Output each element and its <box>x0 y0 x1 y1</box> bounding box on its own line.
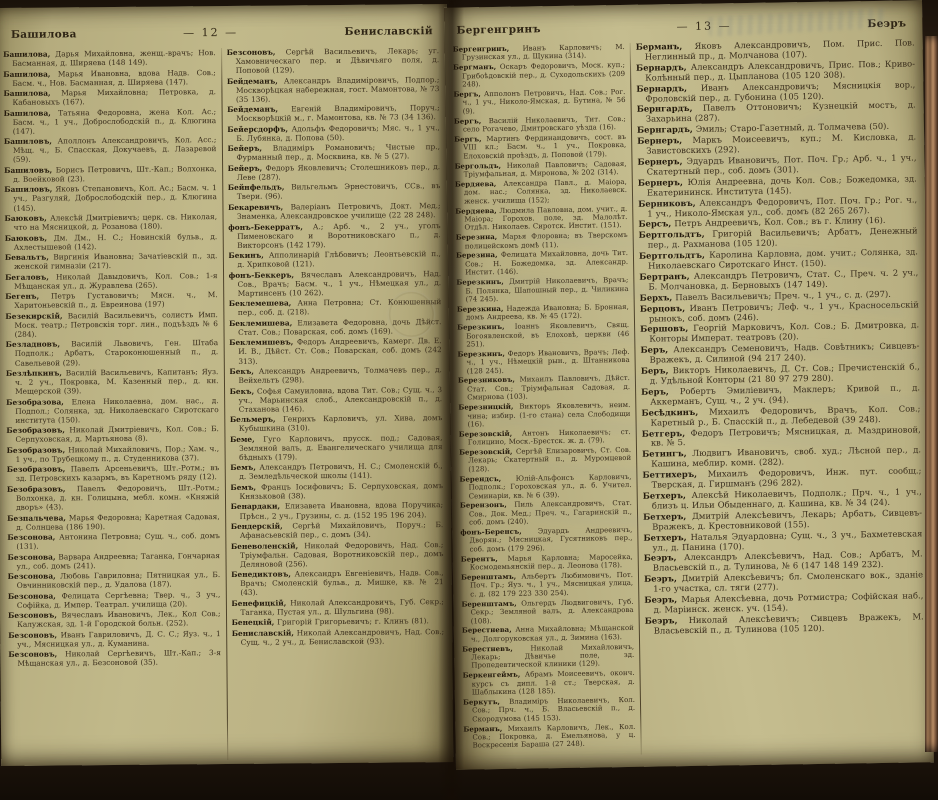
directory-entry: Безсоновъ, Николай Сергѣевичъ, Шт.-Кап.;… <box>8 648 221 668</box>
entry-surname: Безобразовъ, <box>7 445 66 455</box>
directory-entry: Бенецкій, Григорій Григорьевичъ; г. Клин… <box>232 616 445 627</box>
entry-surname: Березовскій, <box>459 429 513 439</box>
directory-entry: Березовскій, Сергѣй Елизаровичъ, Ст. Сов… <box>459 446 631 474</box>
directory-entry: Башилова, Татьяна Федоровна, жена Кол. А… <box>4 107 217 136</box>
entry-surname: Беръ, <box>640 345 668 355</box>
entry-surname: Башилова, <box>3 50 50 59</box>
entry-surname: Беме, <box>230 434 255 443</box>
directory-entry: Бергъ, Мартинъ Фердинандовичъ, сост. въ … <box>454 133 626 161</box>
entry-surname: Бейеръ, <box>228 164 263 173</box>
directory-entry: Березина, Марья Флоровна; въ Тверскомъ п… <box>456 231 628 250</box>
entry-surname: фонъ-Беренсъ, <box>460 527 521 537</box>
entry-surname: Березкинъ, <box>457 349 505 359</box>
directory-entry: Безсонова, Фелицата Сергѣевна; Твер. ч.,… <box>8 590 221 610</box>
directory-entry: Бекъ, Софья Самуиловна, вдова Тит. Сов.;… <box>230 385 443 414</box>
directory-entry: Бейдеманъ, Евгеній Владиміровичъ, Поруч.… <box>227 103 440 123</box>
entry-surname: Бейеръ, <box>227 144 262 153</box>
entry-surname: Безсоновъ, <box>8 650 57 659</box>
directory-entry: Бейеръ, Владиміръ Романовичъ; Чистые пр.… <box>227 142 440 162</box>
entry-surname: Бердяева, <box>455 206 497 216</box>
entry-surname: Безсонова, <box>8 591 56 600</box>
page-number: — 12 — <box>183 26 238 39</box>
directory-entry: Бейеръ, Федоръ Яковлевичъ; Столешниковъ … <box>228 162 441 182</box>
directory-entry: Бекъ, Александръ Андреевичъ, Толмачевъ п… <box>229 365 442 385</box>
entry-surname: Березниковъ, <box>458 375 515 385</box>
entry-surname: Берестнева, <box>462 625 512 635</box>
directory-entry: Бердяева, Александра Павл., д. Маіора, д… <box>455 178 627 206</box>
entry-surname: Башиловъ, <box>4 185 52 194</box>
left-page: Башилова — 12 — Бениславскій Башилова, Д… <box>0 4 453 766</box>
entry-surname: Бертгольдтъ, <box>639 229 705 240</box>
directory-entry: Бельмеръ, Генрихъ Карловичъ, ул. Хива, д… <box>230 413 443 433</box>
guide-word-right: Бениславскій <box>344 25 432 38</box>
entry-surname: Беръ, <box>641 386 669 396</box>
directory-entry: Бенедиктовъ, Александръ Евгеніевичъ, Над… <box>231 568 444 597</box>
directory-entry: Безлѣпкинъ, Василій Васильевичъ, Капитан… <box>6 367 219 396</box>
directory-entry: Берманъ, Михаилъ Карловичъ, Лек., Кол. С… <box>463 723 635 751</box>
directory-entry: Бергманъ, Оскаръ Федоровичъ, Моск. куп.;… <box>453 61 625 89</box>
entry-surname: Берестневъ, <box>462 643 513 653</box>
entry-surname: Березкинъ, <box>456 277 504 287</box>
directory-entry: Бемъ, Александръ Петровичъ, Н. С.; Смоле… <box>230 461 443 481</box>
directory-entry: Безобразова, Елена Николаевна, дом. нас.… <box>6 396 219 425</box>
right-page-columns: Бергенгринъ, Иванъ Карловичъ; М. Грузинс… <box>445 29 934 757</box>
entry-surname: Березина, <box>456 232 498 242</box>
directory-entry: Березкинъ, Дмитрій Николаевичъ, Врачъ; Б… <box>456 276 628 304</box>
directory-entry: Башилова, Марья Ивановна, вдова Надв. Со… <box>3 68 216 88</box>
entry-surname: Безсонова, <box>7 552 55 561</box>
directory-entry: Березкина, Надежда Ивановна; Б. Бронная,… <box>457 303 629 322</box>
directory-entry: Берендсъ, Юлій-Альфонсъ Карловичъ, Подпо… <box>459 473 631 501</box>
right-page-column-2: Берманъ, Яковъ Александровичъ, Пом. Прис… <box>636 38 926 754</box>
entry-surname: Башиловъ, <box>4 137 52 146</box>
directory-entry: Бегаловъ, Николай Давыдовичъ, Кол. Сов.;… <box>5 271 218 291</box>
directory-entry: Безсоновъ, Сергѣй Васильевичъ, Лекарь; у… <box>227 46 440 75</box>
directory-entry: Бердяева, Людмила Павловна, дом. учит., … <box>455 204 627 232</box>
directory-entry: Безобразовъ, Павелъ Арсеньевичъ, Шт.-Рот… <box>7 463 220 483</box>
entry-surname: Безекирскій, <box>5 311 62 320</box>
directory-entry: Бергольдъ, Николай Павловичъ; Садовая, Т… <box>454 160 626 179</box>
entry-surname: Бердяева, <box>455 179 497 189</box>
entry-surname: Бевальтъ, <box>5 253 49 262</box>
directory-entry: Бенардаки, Елизавета Ивановна, вдова Пор… <box>231 501 444 521</box>
entry-surname: Бернеръ, <box>637 156 682 167</box>
directory-entry: Безсонова, Любовь Гавриловна; Пятницкая … <box>8 570 221 590</box>
entry-surname: Безсонова, <box>8 572 56 581</box>
directory-entry: Берестнева, Анна Михайловна; Мѣщанской ч… <box>462 624 634 643</box>
entry-surname: Берсъ, <box>638 219 671 230</box>
directory-entry: Безобразовъ, Павелъ Федоровичъ, Шт.-Ротм… <box>7 483 220 512</box>
directory-entry: Бергенгринъ, Иванъ Карловичъ; М. Грузинс… <box>453 43 625 62</box>
directory-entry: Безсонова, Варвара Андреевна; Таганка, Г… <box>7 551 220 571</box>
entry-surname: Бенецкій, <box>232 618 275 627</box>
entry-surname: Бершовъ, <box>640 323 688 334</box>
entry-surname: Безобразова, <box>6 397 64 407</box>
entry-surname: Бернардъ, <box>636 62 687 73</box>
entry-surname: Бесѣдкинъ, <box>641 407 698 418</box>
entry-surname: Безлѣпкинъ, <box>6 368 62 377</box>
entry-surname: Безсонова, <box>7 533 55 542</box>
directory-entry: Бекинъ, Апполинарій Глѣбовичъ; Леонтьевс… <box>228 249 441 269</box>
entry-surname: Бениславскій, <box>232 628 294 638</box>
entry-surname: Берманъ, <box>463 724 502 734</box>
left-page-columns: Башилова, Дарья Михайловна, женщ.-врачъ;… <box>0 37 453 762</box>
entry-surname: Бенедиктовъ, <box>231 570 291 580</box>
right-page-column-1: Бергенгринъ, Иванъ Карловичъ; М. Грузинс… <box>453 43 636 758</box>
directory-entry: Березкинъ, Федоръ Ивановичъ, Врачъ; Леф.… <box>457 348 629 376</box>
entry-surname: Берманъ, <box>636 41 683 52</box>
directory-entry: Безекирскій, Василій Васильевичъ, солист… <box>5 310 218 339</box>
entry-surname: Бергъ, <box>453 89 481 98</box>
entry-surname: Берцовъ, <box>640 303 685 314</box>
entry-surname: Беркутъ, <box>463 697 500 707</box>
entry-surname: Бетхеръ, <box>643 532 686 543</box>
directory-entry: Безсонова, Антонина Петровна; Сущ. ч., с… <box>7 531 220 551</box>
entry-surname: Башилова, <box>3 89 50 98</box>
entry-surname: Бернеръ, <box>637 135 682 146</box>
entry-surname: Безладновъ, <box>6 340 60 349</box>
entry-surname: Бейерсдорфъ, <box>227 124 288 134</box>
entry-surname: Бетингъ, <box>642 448 687 459</box>
entry-surname: Бендерскій, <box>231 522 283 531</box>
entry-surname: Бекаревичъ, <box>228 202 283 211</box>
book-photo: Башилова — 12 — Бениславскій Башилова, Д… <box>0 0 938 800</box>
directory-entry: Беренштамъ, Ольгердъ Людвиговичъ, Губ. С… <box>461 598 633 626</box>
entry-surname: Берниковъ, <box>638 197 696 208</box>
entry-surname: Безсоновъ, <box>8 611 57 620</box>
directory-entry: Бергъ, Апполонъ Петровичъ, Над. Сов.; Ро… <box>453 88 625 116</box>
left-page-header: Башилова — 12 — Бениславскій <box>0 4 447 41</box>
directory-entry: Безобразовъ, Николай Дмитріевичъ, Кол. С… <box>6 424 219 444</box>
directory-entry: Бенефицкій, Николай Александровичъ, Губ.… <box>231 597 444 617</box>
directory-entry: Башиловъ, Яковъ Степановичъ, Кол. Ас.; Б… <box>4 183 217 212</box>
entry-surname: Безобразовъ, <box>7 465 66 475</box>
entry-surname: Березкина, <box>457 304 504 314</box>
entry-surname: Бегаловъ, <box>5 272 49 281</box>
directory-entry: фонъ-Беренсъ, Эдуардъ Андреевичъ, Дворян… <box>460 526 632 554</box>
directory-entry: Беэръ, Николай Алексѣевичъ; Сивцевъ Враж… <box>645 612 924 636</box>
entry-surname: Бемъ, <box>230 463 256 472</box>
entry-surname: Берхъ, <box>640 292 673 303</box>
entry-surname: Бергманъ, <box>453 62 496 72</box>
entry-surname: Берендсъ, <box>459 474 501 484</box>
directory-entry: Беркенгеймъ, Абрамъ Моисеевичъ, оконч. к… <box>462 669 634 697</box>
directory-entry: Безобразовъ, Николай Михайловичъ, Пор.; … <box>7 444 220 464</box>
directory-entry: Бергъ, Василій Николаевичъ, Тит. Сов.; с… <box>454 115 626 134</box>
entry-surname: Безсоновъ, <box>8 630 57 639</box>
entry-surname: Бетгеръ, <box>642 428 685 439</box>
directory-entry: Безпальчева, Марья Федоровна; Каретная С… <box>7 512 220 532</box>
entry-surname: Берензонъ, <box>460 500 507 510</box>
directory-entry: Берентъ, Марья Карловна; Маросейка, Косм… <box>461 553 633 572</box>
directory-entry: Беневоленскій, Николай Федоровичъ, Над. … <box>231 540 444 569</box>
entry-surname: Бекъ, <box>229 367 254 376</box>
entry-surname: фонъ-Беккеръ, <box>229 270 295 280</box>
entry-surname: Баюковъ, <box>5 233 47 242</box>
entry-surname: Бергъ, <box>454 116 482 125</box>
entry-surname: фонъ-Бекерратъ, <box>228 222 303 232</box>
directory-entry: Беренштамъ, Альбертъ Любимовичъ, Пот. По… <box>461 571 633 599</box>
entry-surname: Бернгардъ, <box>637 103 693 114</box>
guide-word-left: Бергенгринъ <box>456 23 541 36</box>
entry-surname: Березина, <box>456 250 498 260</box>
entry-surname: Бертгольдтъ, <box>639 250 705 261</box>
directory-entry: Бемъ, Францъ Іосифовичъ; Б. Серпуховская… <box>230 481 443 501</box>
entry-surname: Бейдеманъ, <box>227 76 278 85</box>
entry-surname: Бекъ, <box>230 386 255 395</box>
directory-entry: Безладновъ, Василій Львовичъ, Ген. Штаба… <box>6 338 219 367</box>
entry-surname: Башилова, <box>3 69 50 78</box>
entry-surname: Бетхеръ, <box>643 490 686 501</box>
left-page-column-2: Безсоновъ, Сергѣй Васильевичъ, Лекарь; у… <box>227 46 446 760</box>
entry-surname: Бернгардъ, <box>637 124 693 135</box>
entry-surname: Березкинъ, <box>457 322 505 332</box>
directory-entry: Бевальтъ, Виргинія Ивановна; Зачатіевскі… <box>5 251 218 271</box>
entry-surname: Бергенгринъ, <box>453 44 510 54</box>
entry-surname: Бемъ, <box>230 483 256 492</box>
directory-entry: Березниковъ, Михаилъ Павловичъ, Дѣйст. С… <box>458 374 630 402</box>
entry-surname: Беренштамъ, <box>461 572 516 582</box>
directory-entry: Башиловъ, Аполлонъ Александровичъ, Кол. … <box>4 135 217 164</box>
directory-entry: Бениславскій, Николай Александровичъ, На… <box>232 627 445 647</box>
entry-surname: Бергольдъ, <box>454 161 501 171</box>
directory-entry: Башилова, Марья Михайловна; Петровка, д.… <box>3 87 216 107</box>
entry-surname: Бетхеръ, <box>643 511 686 522</box>
entry-surname: Беклемешева, <box>229 299 292 309</box>
directory-entry: Березина, Фелицата Михайловна, дочь Тит.… <box>456 249 628 277</box>
directory-entry: Баюковъ, Дм. Дм., Н. С.; Новинскій бульв… <box>5 232 218 252</box>
directory-entry: Беклемишевъ, Федоръ Андреевичъ, Камерг. … <box>229 337 442 366</box>
directory-entry: Бейдеманъ, Александръ Владиміровичъ, Под… <box>227 75 440 104</box>
entry-surname: Березницкій, <box>458 402 513 412</box>
entry-surname: Беэръ, <box>644 573 677 584</box>
directory-entry: Березницкій, Викторъ Яковлевичъ, неим. ч… <box>458 401 630 429</box>
entry-surname: Беренштамъ, <box>461 598 516 608</box>
directory-entry: Безсоновъ, Иванъ Гавриловичъ, Д. С. С.; … <box>8 629 221 649</box>
entry-surname: Бельмеръ, <box>230 415 276 424</box>
directory-entry: Бейнфельдъ, Вильгельмъ Эрнестовичъ, ССв.… <box>228 182 441 202</box>
entry-surname: Безсоновъ, <box>227 48 276 57</box>
directory-entry: Башилова, Дарья Михайловна, женщ.-врачъ;… <box>3 48 216 68</box>
entry-surname: Башилова, <box>4 108 51 117</box>
directory-entry: Березкинъ, Іоаннъ Яковлевичъ, Свящ. Бого… <box>457 321 629 349</box>
page-edges <box>925 36 938 752</box>
entry-surname: Безобразовъ, <box>6 426 65 436</box>
entry-surname: Бенефицкій, <box>231 598 286 607</box>
entry-surname: Бертранъ, <box>639 271 689 282</box>
embossed-stamp <box>387 290 435 338</box>
directory-entry: Бегенъ, Петръ Густавовичъ; Мясн. ч., М. … <box>5 290 218 310</box>
entry-surname: Берентъ, <box>461 554 498 564</box>
directory-entry: Берензонъ, Пиль Александровичъ, Стат. Со… <box>460 499 632 527</box>
entry-surname: Баюковъ, <box>4 214 46 223</box>
entry-surname: Бернардъ, <box>636 83 687 94</box>
entry-surname: Бейнфельдъ, <box>228 183 285 192</box>
entry-surname: Беклемишевъ, <box>229 338 293 348</box>
entry-surname: Бернеръ, <box>638 177 683 188</box>
entry-surname: Бекинъ, <box>228 251 264 260</box>
entry-surname: Бергъ, <box>454 134 482 143</box>
directory-entry: Баюковъ, Алексѣй Дмитріевичъ; церк. св. … <box>4 212 217 232</box>
guide-word-left: Башилова <box>11 28 77 41</box>
directory-entry: Беме, Гуго Карловичъ, прусск. под.; Садо… <box>230 433 443 462</box>
entry-surname: Бегенъ, <box>5 292 39 301</box>
entry-surname: Беэръ, <box>645 615 678 626</box>
entry-surname: Безобразовъ, <box>7 484 66 494</box>
entry-surname: Березовскій, <box>459 447 513 457</box>
directory-entry: Бендерскій, Сергѣй Михайловичъ, Поруч.; … <box>231 520 444 540</box>
directory-entry: Берестневъ, Николай Михайловичъ, Лекарь;… <box>462 643 634 671</box>
directory-entry: Беркутъ, Владиміръ Николаевичъ, Кол. Сов… <box>463 696 635 724</box>
directory-entry: Березовскій, Антонъ Николаевичъ; ст. Гол… <box>459 428 631 447</box>
directory-entry: Башиловъ, Борисъ Петровичъ, Шт.-Кап.; Во… <box>4 164 217 184</box>
entry-surname: Башиловъ, <box>4 165 52 174</box>
left-page-column-1: Башилова, Дарья Михайловна, женщ.-врачъ;… <box>3 48 222 762</box>
entry-surname: Беклемишева, <box>229 318 292 328</box>
directory-entry: Безсоновъ, Вячеславъ Ивановичъ, Лек., Ко… <box>8 609 221 629</box>
entry-surname: Безпальчева, <box>7 513 66 523</box>
entry-surname: Беръ, <box>641 365 669 375</box>
directory-entry: фонъ-Бекерратъ, А.; Арб. ч., 2 уч., угол… <box>228 221 441 250</box>
right-page: Бергенгринъ — 13 — Беэръ Бергенгринъ, Ив… <box>444 0 934 769</box>
directory-entry: Бекаревичъ, Валеріанъ Петровичъ, Докт. М… <box>228 201 441 221</box>
entry-surname: Беркенгеймъ, <box>462 670 520 680</box>
entry-surname: Бенардаки, <box>231 502 281 511</box>
entry-surname: Бейдеманъ, <box>227 105 278 114</box>
directory-entry: Бейерсдорфъ, Адольфъ Федоровичъ; Мяс. ч.… <box>227 123 440 143</box>
entry-surname: Беттихеръ, <box>642 469 697 480</box>
entry-surname: Беэръ, <box>644 594 677 605</box>
entry-surname: Беэръ, <box>644 553 677 564</box>
entry-surname: Беневоленскій, <box>231 541 298 551</box>
